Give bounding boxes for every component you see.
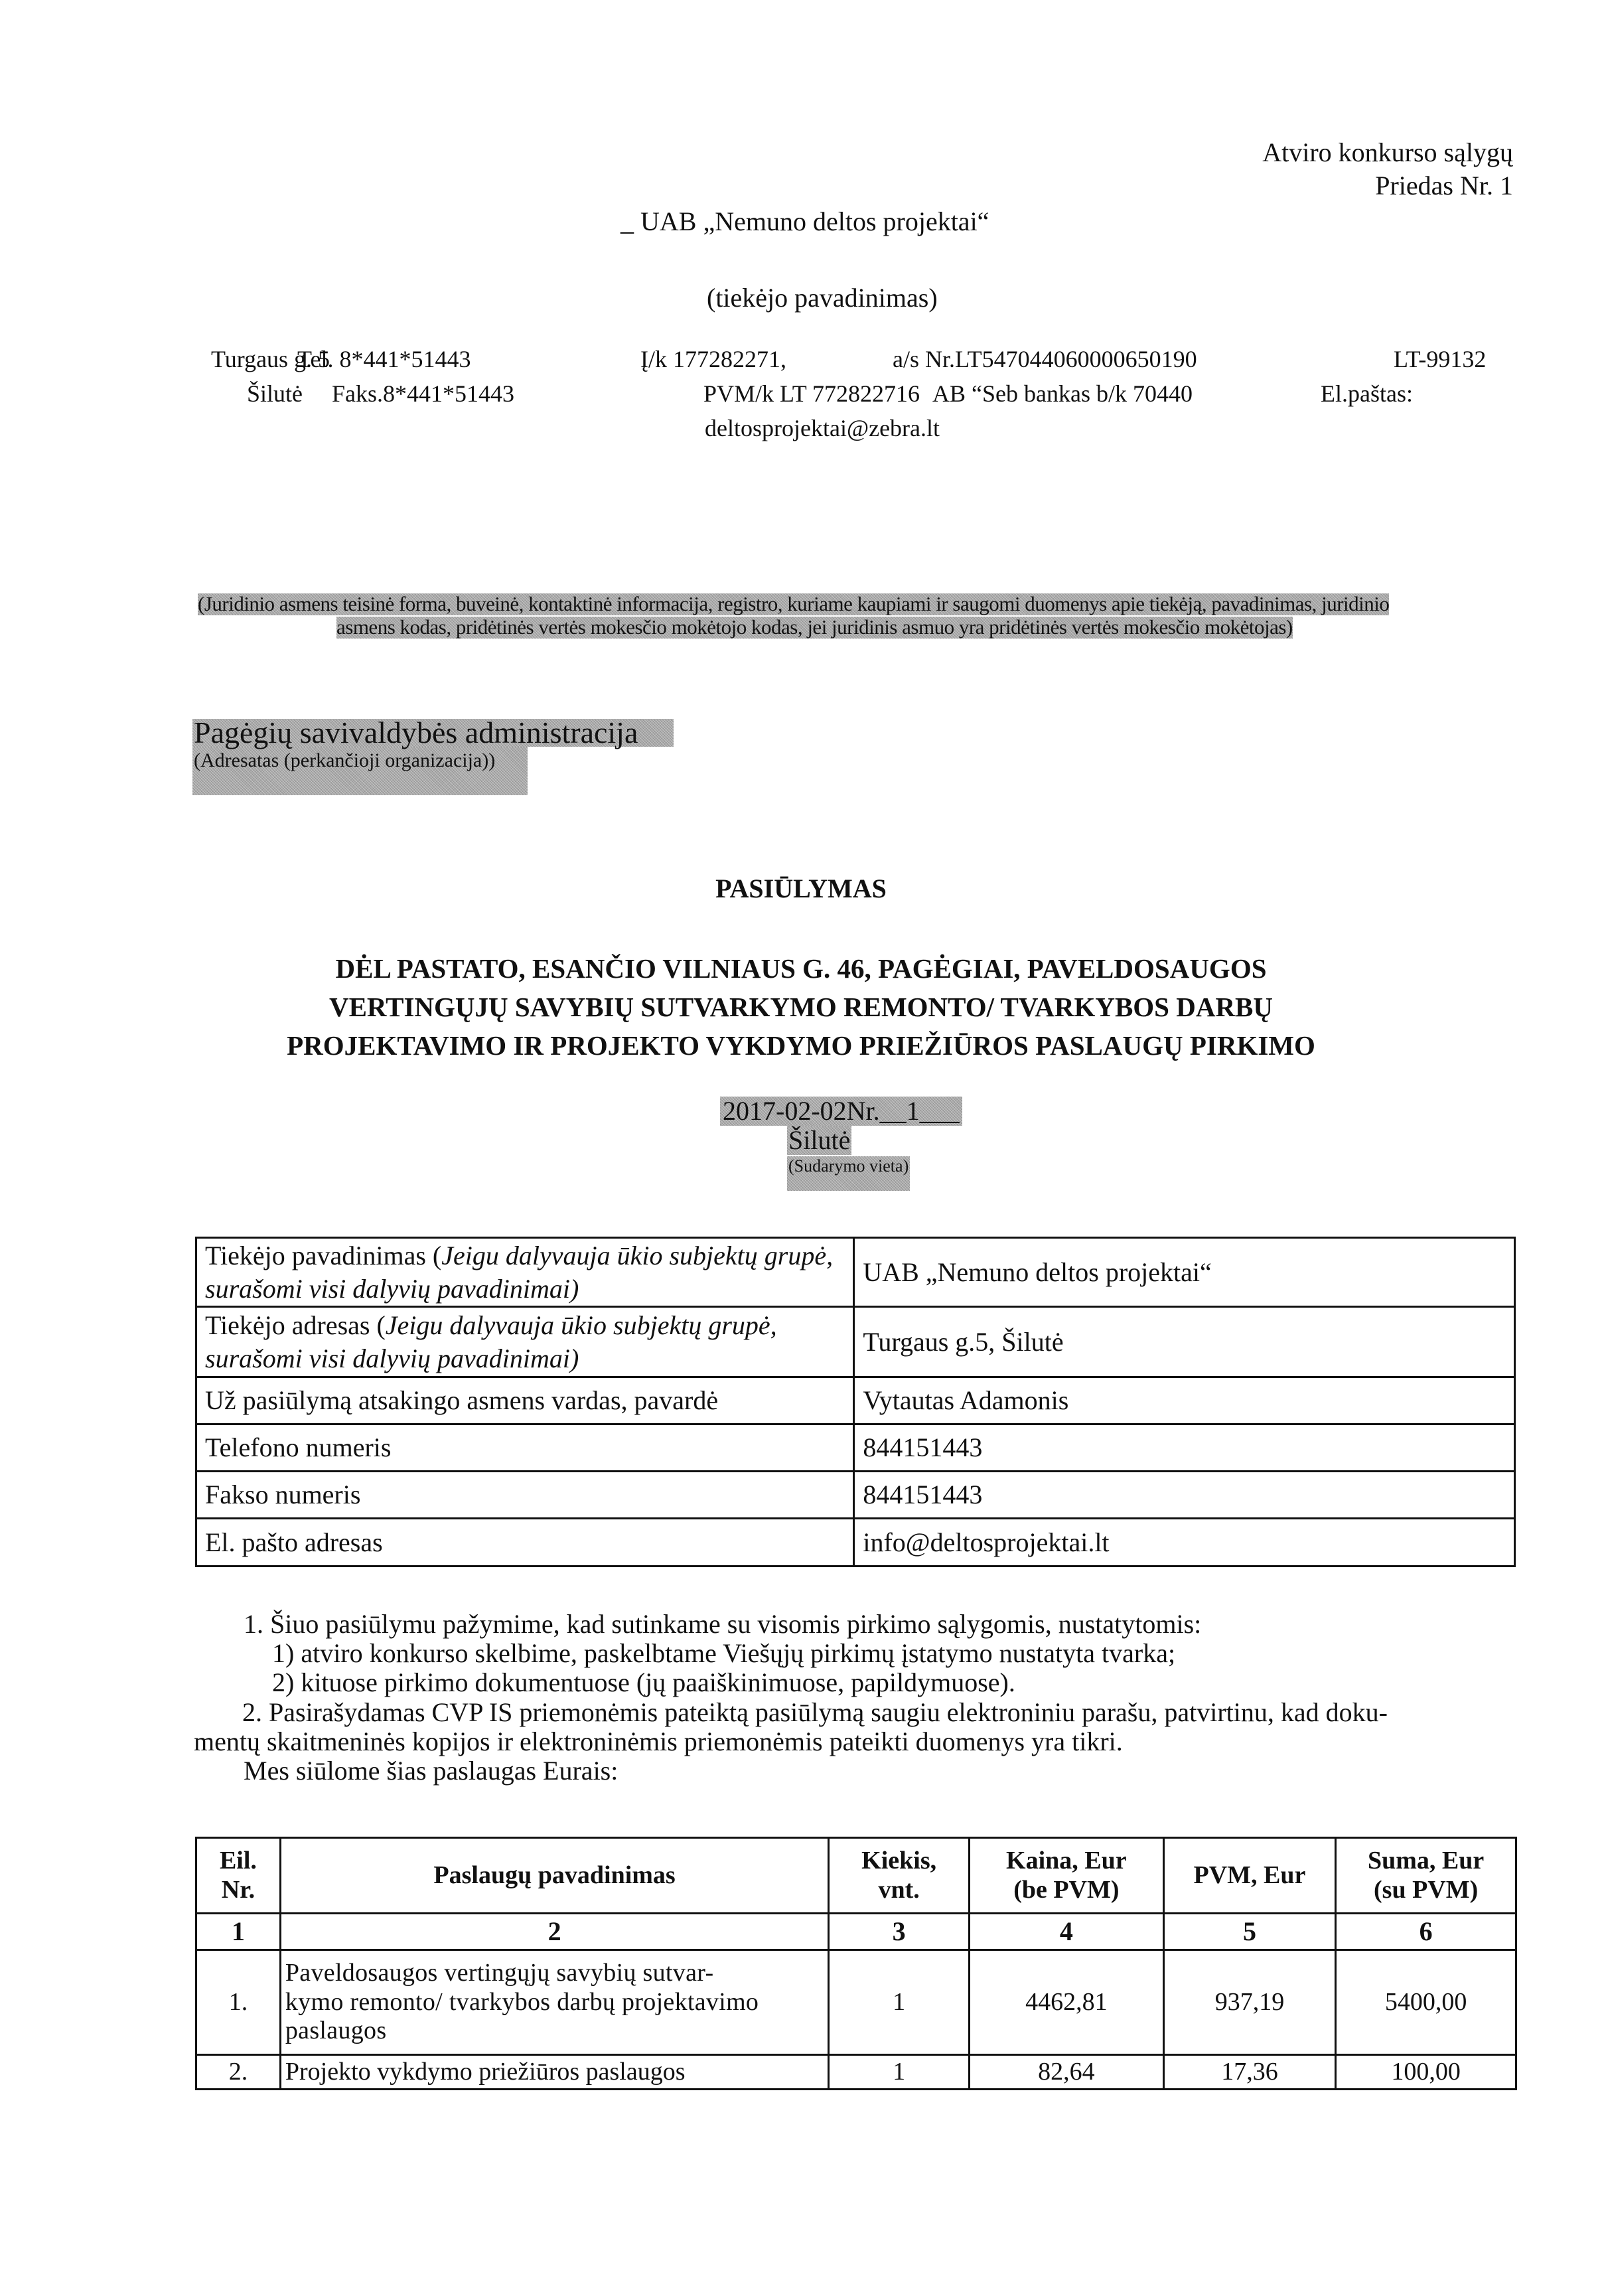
service-name-line-3: paslaugos [285, 2017, 820, 2046]
fax: Faks.8*441*51443 [332, 380, 514, 408]
legal-note-line-2-wrap: asmens kodas, pridėtinės vertės mokesčio… [336, 616, 1293, 639]
header-total-line-1: Suma, Eur [1345, 1847, 1507, 1876]
service-name-line-2: kymo remonto/ tvarkybos darbų projektavi… [285, 1988, 820, 2017]
row-nr: 1. [196, 1950, 281, 2055]
vat-code: PVM/k LT 772822716 [703, 380, 920, 408]
row-price: 4462,81 [970, 1950, 1164, 2055]
responsible-person-label: Už pasiūlymą atsakingo asmens vardas, pa… [196, 1377, 854, 1424]
phone-value: 844151443 [854, 1424, 1515, 1472]
row-price: 82,64 [970, 2055, 1164, 2090]
header-quantity-line-1: Kiekis, [837, 1847, 960, 1876]
address-city: Šilutė [247, 380, 303, 408]
annex-line-1: Atviro konkurso sąlygų [995, 136, 1513, 169]
fax-value: 844151443 [854, 1472, 1515, 1519]
date-number: 2017-02-02Nr.__1___ [720, 1097, 962, 1126]
company-code: Į/k 177282271, [640, 345, 786, 373]
supplier-name-heading: _ UAB „Nemuno deltos projektai“ [620, 206, 989, 237]
row-vat: 17,36 [1163, 2055, 1336, 2090]
bank-name: AB “Seb bankas b/k 70440 [932, 380, 1193, 408]
annex-line-2: Priedas Nr. 1 [995, 169, 1513, 202]
email-value: info@deltosprojektai.lt [854, 1519, 1515, 1567]
table-row: Telefono numeris 844151443 [196, 1424, 1515, 1472]
col-num-1: 1 [196, 1914, 281, 1950]
header-price-line-2: (be PVM) [978, 1876, 1155, 1905]
row-service-name: Projekto vykdymo priežiūros paslaugos [280, 2055, 828, 2090]
legal-note: (Juridinio asmens teisinė forma, buveinė… [198, 593, 1389, 616]
document-subtitle: DĖL PASTATO, ESANČIO VILNIAUS G. 46, PAG… [0, 949, 1602, 1065]
subtitle-line-3: PROJEKTAVIMO IR PROJEKTO VYKDYMO PRIEŽIŪ… [0, 1026, 1602, 1065]
price-table: Eil.Nr. Paslaugų pavadinimas Kiekis,vnt.… [195, 1837, 1517, 2090]
service-name-line-1: Paveldosaugos vertingųjų savybių sutvar- [285, 1959, 820, 1988]
email-label-cell: El. pašto adresas [196, 1519, 854, 1567]
table-row: El. pašto adresas info@deltosprojektai.l… [196, 1519, 1515, 1567]
subtitle-line-1: DĖL PASTATO, ESANČIO VILNIAUS G. 46, PAG… [0, 949, 1602, 988]
phone: Tel. 8*441*51443 [297, 345, 471, 373]
header-nr-line-1: Eil. [205, 1847, 271, 1876]
table-row: Fakso numeris 844151443 [196, 1472, 1515, 1519]
email-label: El.paštas: [1321, 380, 1413, 408]
table-row: Tiekėjo pavadinimas (Jeigu dalyvauja ūki… [196, 1238, 1515, 1307]
responsible-person-value: Vytautas Adamonis [854, 1377, 1515, 1424]
header-price-line-1: Kaina, Eur [978, 1847, 1155, 1876]
header-vat: PVM, Eur [1163, 1838, 1336, 1914]
annex-title: Atviro konkurso sąlygų Priedas Nr. 1 [995, 136, 1513, 202]
col-num-5: 5 [1163, 1914, 1336, 1950]
header-service-name: Paslaugų pavadinimas [280, 1838, 828, 1914]
statement-1: 1. Šiuo pasiūlymu pažymime, kad sutinkam… [244, 1610, 1201, 1639]
table-row: Tiekėjo adresas (Jeigu dalyvauja ūkio su… [196, 1307, 1515, 1377]
col-num-4: 4 [970, 1914, 1164, 1950]
addressee-name: Pagėgių savivaldybės administracija [194, 717, 638, 749]
statement-1a: 1) atviro konkurso skelbime, paskelbtame… [272, 1639, 1175, 1668]
supplier-name-label: Tiekėjo pavadinimas (Jeigu dalyvauja ūki… [196, 1238, 854, 1307]
header-nr-line-2: Nr. [205, 1876, 271, 1905]
place-caption: (Sudarymo vieta) [787, 1156, 910, 1191]
supplier-name-value: UAB „Nemuno deltos projektai“ [854, 1238, 1515, 1307]
statement-2-line-2: mentų skaitmeninės kopijos ir elektronin… [194, 1727, 1123, 1756]
place: Šilutė [787, 1126, 851, 1155]
header-total-line-2: (su PVM) [1345, 1876, 1507, 1905]
label-text: Tiekėjo pavadinimas ( [205, 1241, 441, 1270]
email: deltosprojektai@zebra.lt [705, 414, 940, 442]
header-nr: Eil.Nr. [196, 1838, 281, 1914]
row-quantity: 1 [829, 2055, 970, 2090]
contact-block: Turgaus g. 5 Tel. 8*441*51443 Į/k 177282… [0, 345, 1602, 451]
legal-note-line-2: asmens kodas, pridėtinės vertės mokesčio… [336, 617, 1293, 639]
col-num-2: 2 [280, 1914, 828, 1950]
fax-label: Fakso numeris [196, 1472, 854, 1519]
header-quantity: Kiekis,vnt. [829, 1838, 970, 1914]
addressee-caption: (Adresatas (perkančioji organizacija)) [194, 750, 495, 771]
label-text: Tiekėjo adresas ( [205, 1310, 386, 1340]
row-vat: 937,19 [1163, 1950, 1336, 2055]
col-num-6: 6 [1336, 1914, 1516, 1950]
bank-account: a/s Nr.LT547044060000650190 [893, 345, 1197, 373]
phone-label: Telefono numeris [196, 1424, 854, 1472]
header-total: Suma, Eur(su PVM) [1336, 1838, 1516, 1914]
supplier-name-caption: (tiekėjo pavadinimas) [707, 282, 938, 313]
supplier-address-value: Turgaus g.5, Šilutė [854, 1307, 1515, 1377]
table-row: Už pasiūlymą atsakingo asmens vardas, pa… [196, 1377, 1515, 1424]
postal-code: LT-99132 [1394, 345, 1486, 373]
statement-2-line-1: 2. Pasirašydamas CVP IS priemonėmis pate… [242, 1698, 1388, 1727]
offer-intro: Mes siūlome šias paslaugas Eurais: [244, 1756, 618, 1786]
row-service-name: Paveldosaugos vertingųjų savybių sutvar-… [280, 1950, 828, 2055]
row-total: 100,00 [1336, 2055, 1516, 2090]
row-total: 5400,00 [1336, 1950, 1516, 2055]
row-quantity: 1 [829, 1950, 970, 2055]
statement-1b: 2) kituose pirkimo dokumentuose (jų paai… [272, 1668, 1015, 1697]
header-price: Kaina, Eur(be PVM) [970, 1838, 1164, 1914]
document-title: PASIŪLYMAS [0, 873, 1602, 904]
table-header-row: Eil.Nr. Paslaugų pavadinimas Kiekis,vnt.… [196, 1838, 1516, 1914]
legal-note-line-1: (Juridinio asmens teisinė forma, buveinė… [198, 593, 1389, 615]
table-row: 1. Paveldosaugos vertingųjų savybių sutv… [196, 1950, 1516, 2055]
row-nr: 2. [196, 2055, 281, 2090]
table-row: 2. Projekto vykdymo priežiūros paslaugos… [196, 2055, 1516, 2090]
header-quantity-line-2: vnt. [837, 1876, 960, 1905]
column-number-row: 1 2 3 4 5 6 [196, 1914, 1516, 1950]
supplier-address-label: Tiekėjo adresas (Jeigu dalyvauja ūkio su… [196, 1307, 854, 1377]
supplier-info-table: Tiekėjo pavadinimas (Jeigu dalyvauja ūki… [195, 1237, 1516, 1567]
col-num-3: 3 [829, 1914, 970, 1950]
subtitle-line-2: VERTINGŲJŲ SAVYBIŲ SUTVARKYMO REMONTO/ T… [0, 988, 1602, 1026]
